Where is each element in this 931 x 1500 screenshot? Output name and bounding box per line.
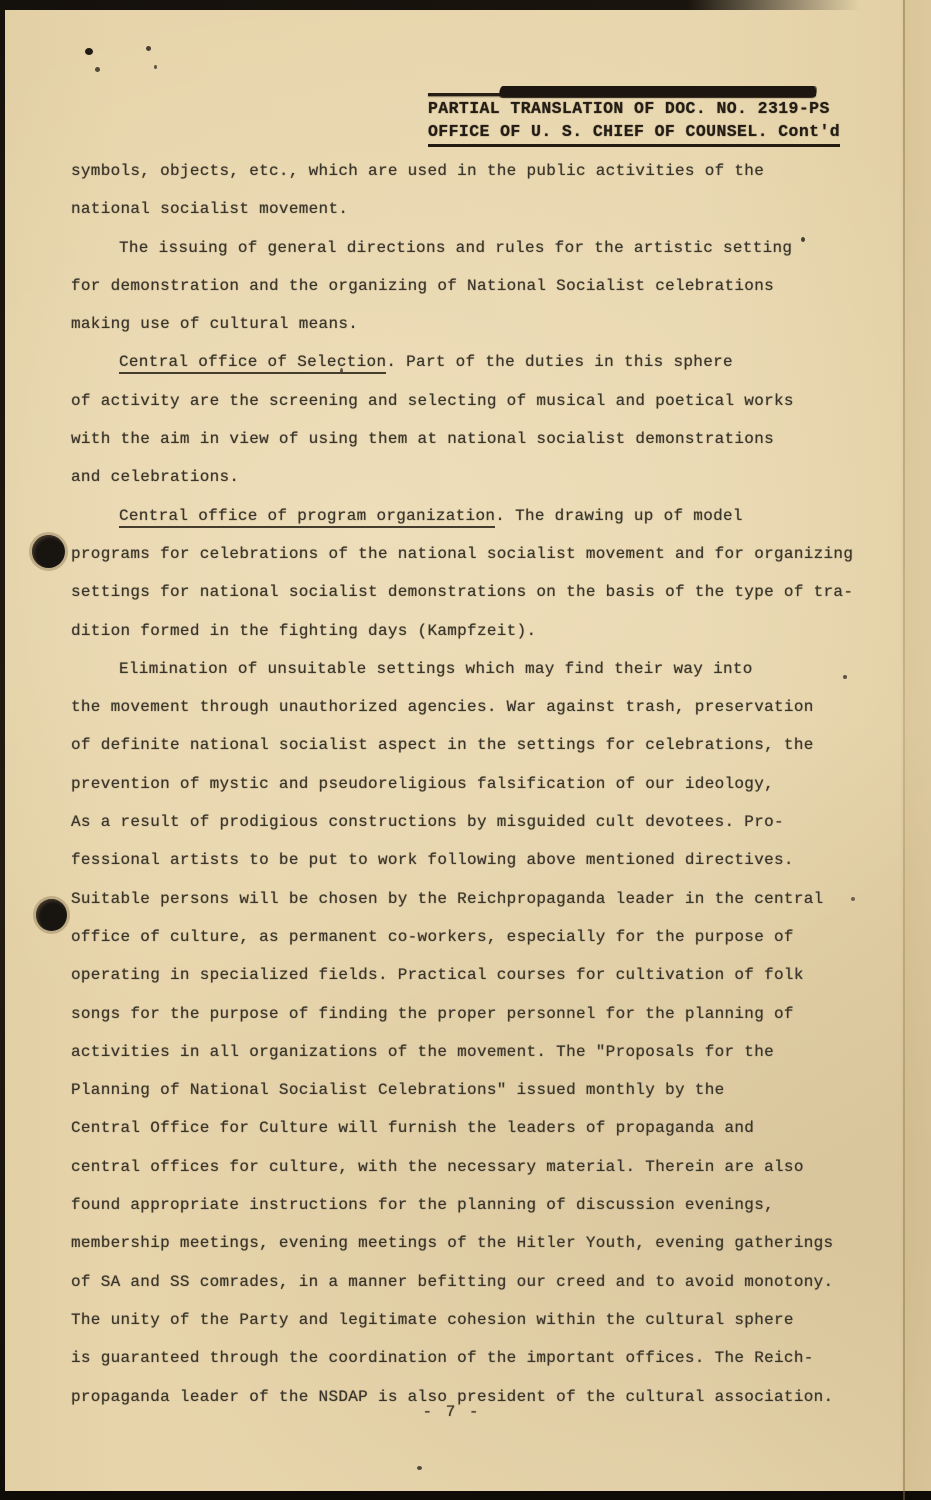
text-line: Suitable persons will be chosen by the R…: [71, 880, 901, 918]
ink-speck: [417, 1466, 422, 1470]
typed-text: fessional artists to be put to work foll…: [71, 851, 794, 869]
underlined-heading-text: Central office of program organization: [119, 507, 495, 528]
typed-text: Suitable persons will be chosen by the R…: [71, 890, 824, 908]
stamp-smudge-bar: [500, 86, 816, 97]
document-lines: symbols, objects, etc., which are used i…: [71, 152, 901, 1416]
ink-speck: [85, 48, 93, 55]
typed-text: with the aim in view of using them at na…: [71, 430, 774, 448]
typed-text: activities in all organizations of the m…: [71, 1043, 774, 1061]
text-line: Central office of program organization. …: [71, 497, 901, 535]
text-line: operating in specialized fields. Practic…: [71, 956, 901, 994]
text-line: national socialist movement.: [71, 190, 901, 228]
text-line: Elimination of unsuitable settings which…: [71, 650, 901, 688]
text-line: fessional artists to be put to work foll…: [71, 841, 901, 879]
scan-edge-bottom: [0, 1491, 931, 1500]
text-line: programs for celebrations of the nationa…: [71, 535, 901, 573]
text-line: dition formed in the fighting days (Kamp…: [71, 612, 901, 650]
typed-text: prevention of mystic and pseudoreligious…: [71, 775, 774, 793]
typed-text: programs for celebrations of the nationa…: [71, 545, 853, 563]
typed-text: . Part of the duties in this sphere: [386, 353, 733, 371]
text-line: As a result of prodigious constructions …: [71, 803, 901, 841]
typed-text: operating in specialized fields. Practic…: [71, 966, 804, 984]
header-doc-number: PARTIAL TRANSLATION OF DOC. NO. 2319-PS: [428, 98, 816, 121]
typed-text: and celebrations.: [71, 468, 239, 486]
typed-text: found appropriate instructions for the p…: [71, 1196, 774, 1214]
text-line: of definite national socialist aspect in…: [71, 726, 901, 764]
typed-text: national socialist movement.: [71, 200, 348, 218]
page-number: - 7 -: [0, 1403, 917, 1421]
typed-text: As a result of prodigious constructions …: [71, 813, 784, 831]
text-line: prevention of mystic and pseudoreligious…: [71, 765, 901, 803]
underlined-heading-text: Central office of Selection: [119, 353, 386, 374]
typed-text: of SA and SS comrades, in a manner befit…: [71, 1273, 833, 1291]
typed-text: Planning of National Socialist Celebrati…: [71, 1081, 725, 1099]
text-line: central offices for culture, with the ne…: [71, 1148, 901, 1186]
text-line: settings for national socialist demonstr…: [71, 573, 901, 611]
typed-text: Elimination of unsuitable settings which…: [119, 660, 753, 678]
typed-text: for demonstration and the organizing of …: [71, 277, 774, 295]
text-line: for demonstration and the organizing of …: [71, 267, 901, 305]
typed-text: settings for national socialist demonstr…: [71, 583, 853, 601]
ink-speck: [146, 46, 151, 51]
typed-text: songs for the purpose of finding the pro…: [71, 1005, 794, 1023]
typed-text: dition formed in the fighting days (Kamp…: [71, 622, 536, 640]
text-line: found appropriate instructions for the p…: [71, 1186, 901, 1224]
scanned-document-page: PARTIAL TRANSLATION OF DOC. NO. 2319-PS …: [0, 0, 931, 1500]
hole-punch: [36, 899, 67, 931]
text-line: symbols, objects, etc., which are used i…: [71, 152, 901, 190]
typed-text: of definite national socialist aspect in…: [71, 736, 814, 754]
text-line: The issuing of general directions and ru…: [71, 229, 901, 267]
typed-text: office of culture, as permanent co-worke…: [71, 928, 794, 946]
ink-speck: [95, 67, 100, 72]
typed-text: is guaranteed through the coordination o…: [71, 1349, 814, 1367]
scan-edge-left: [0, 8, 5, 1500]
text-line: and celebrations.: [71, 458, 901, 496]
header-office-line: OFFICE OF U. S. CHIEF OF COUNSEL. Cont'd: [428, 121, 840, 148]
scan-edge-top: [0, 0, 860, 10]
text-line: with the aim in view of using them at na…: [71, 420, 901, 458]
text-line: making use of cultural means.: [71, 305, 901, 343]
typed-text: central offices for culture, with the ne…: [71, 1158, 804, 1176]
typed-text: the movement through unauthorized agenci…: [71, 698, 814, 716]
text-line: membership meetings, evening meetings of…: [71, 1224, 901, 1262]
text-line: The unity of the Party and legitimate co…: [71, 1301, 901, 1339]
text-line: office of culture, as permanent co-worke…: [71, 918, 901, 956]
typed-text: symbols, objects, etc., which are used i…: [71, 162, 764, 180]
text-line: Central Office for Culture will furnish …: [71, 1109, 901, 1147]
typed-text: Central Office for Culture will furnish …: [71, 1119, 754, 1137]
text-line: Central office of Selection. Part of the…: [71, 343, 901, 381]
text-line: is guaranteed through the coordination o…: [71, 1339, 901, 1377]
typed-text: membership meetings, evening meetings of…: [71, 1234, 833, 1252]
text-line: Planning of National Socialist Celebrati…: [71, 1071, 901, 1109]
text-line: activities in all organizations of the m…: [71, 1033, 901, 1071]
typed-text: The issuing of general directions and ru…: [119, 239, 792, 257]
typed-text: . The drawing up of model: [495, 507, 743, 525]
ink-speck: [154, 65, 157, 69]
text-line: songs for the purpose of finding the pro…: [71, 995, 901, 1033]
document-header-stamp: PARTIAL TRANSLATION OF DOC. NO. 2319-PS …: [428, 86, 816, 147]
text-line: the movement through unauthorized agenci…: [71, 688, 901, 726]
paper-crease: [903, 0, 905, 1500]
text-line: of SA and SS comrades, in a manner befit…: [71, 1263, 901, 1301]
typed-text: making use of cultural means.: [71, 315, 358, 333]
text-line: of activity are the screening and select…: [71, 382, 901, 420]
typed-text: The unity of the Party and legitimate co…: [71, 1311, 794, 1329]
hole-punch: [32, 535, 65, 568]
typed-text: of activity are the screening and select…: [71, 392, 794, 410]
